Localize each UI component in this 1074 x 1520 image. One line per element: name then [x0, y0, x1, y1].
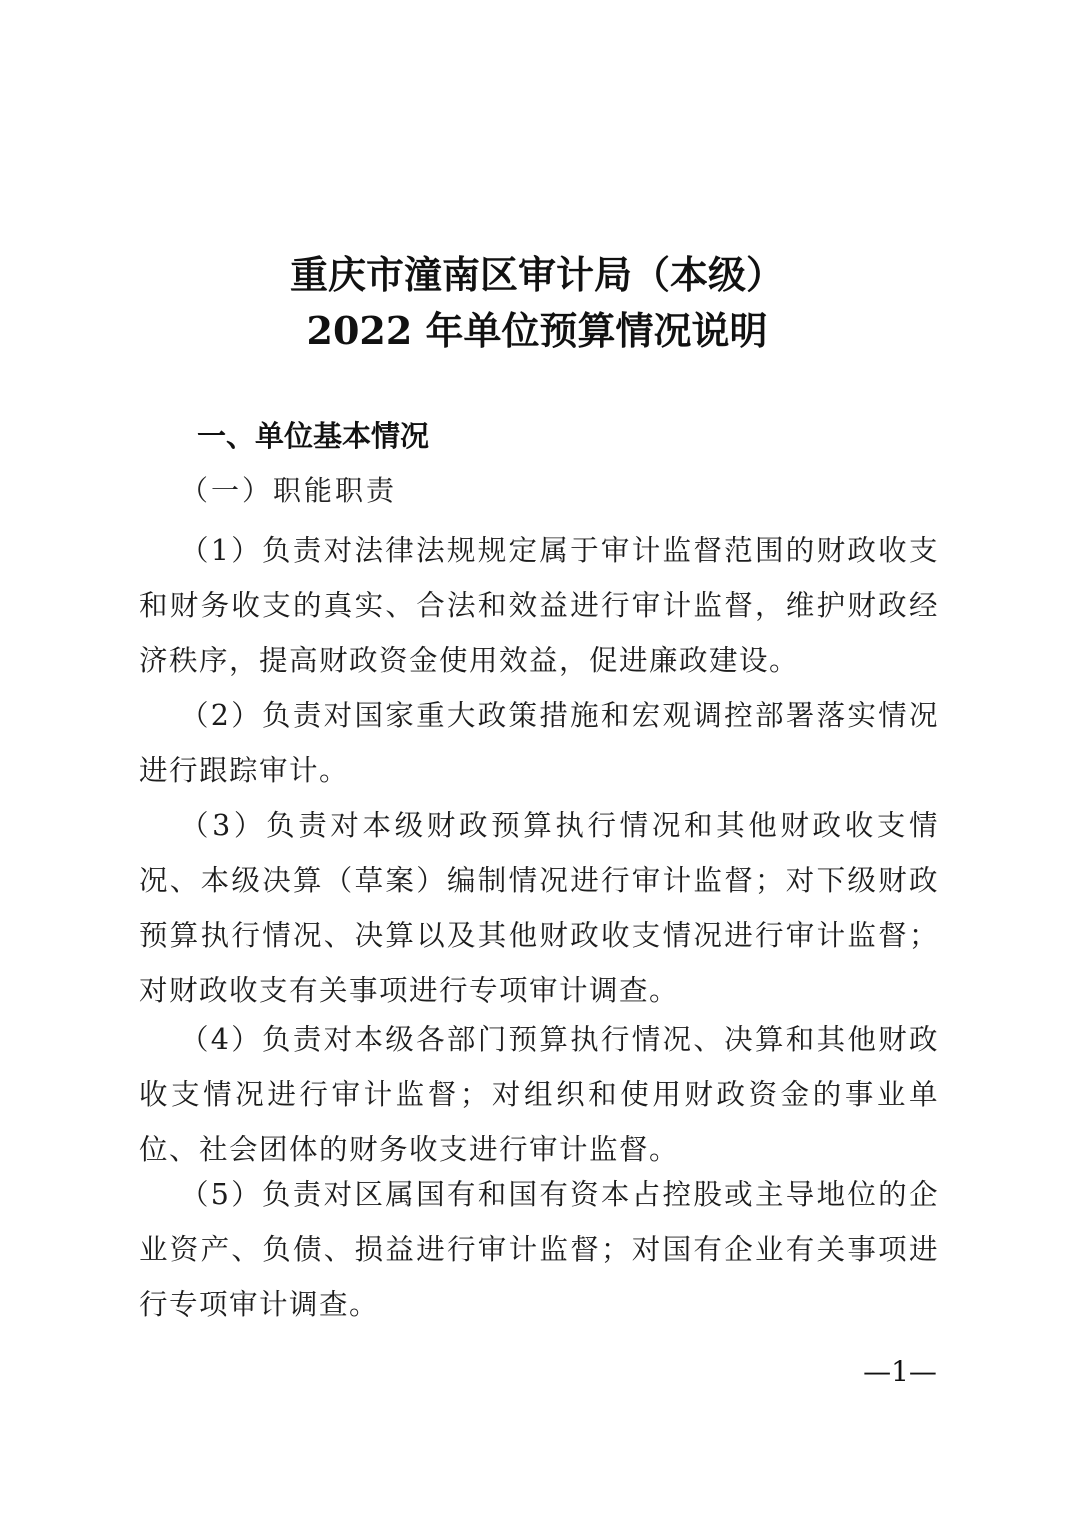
- section-heading-basic-info: 一、单位基本情况: [197, 422, 429, 451]
- document-title-line2: 2022 年单位预算情况说明: [0, 312, 1074, 350]
- document-title-line1: 重庆市潼南区审计局（本级）: [0, 256, 1074, 294]
- document-page: 重庆市潼南区审计局（本级） 2022 年单位预算情况说明 一、单位基本情况 （一…: [0, 0, 1074, 1520]
- duty-paragraph-5: （5）负责对区属国有和国有资本占控股或主导地位的企业资产、负债、损益进行审计监督…: [139, 1167, 939, 1332]
- duty-paragraph-2: （2）负责对国家重大政策措施和宏观调控部署落实情况进行跟踪审计。: [139, 688, 939, 798]
- duty-paragraph-1: （1）负责对法律法规规定属于审计监督范围的财政收支和财务收支的真实、合法和效益进…: [139, 523, 939, 688]
- duty-paragraph-4: （4）负责对本级各部门预算执行情况、决算和其他财政收支情况进行审计监督；对组织和…: [139, 1012, 939, 1177]
- page-number: —1—: [860, 1358, 940, 1386]
- duty-paragraph-3: （3）负责对本级财政预算执行情况和其他财政收支情况、本级决算（草案）编制情况进行…: [139, 798, 939, 1018]
- subsection-heading-duties: （一）职能职责: [180, 477, 397, 505]
